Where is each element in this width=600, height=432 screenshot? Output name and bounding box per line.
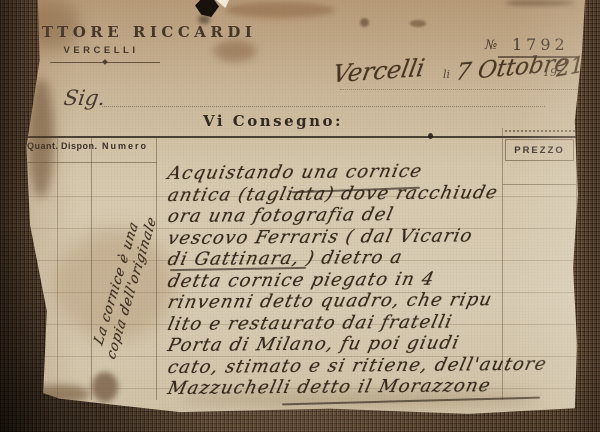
col-header-quant: Quant. bbox=[27, 141, 59, 151]
col-header-dispon: Dispon. bbox=[61, 141, 98, 151]
ink-blot bbox=[428, 133, 433, 139]
body-line: ora una fotografia del bbox=[166, 203, 572, 228]
letterhead-rule-diamond bbox=[102, 59, 108, 65]
body-line: Porta di Milano, fu poi giudi bbox=[166, 332, 572, 357]
stain bbox=[505, 0, 575, 6]
pin-shadow bbox=[198, 15, 210, 24]
doc-number-label: № bbox=[485, 38, 497, 53]
col-header-numero: Numero bbox=[102, 141, 148, 151]
prezzo-header-box: PREZZO bbox=[505, 139, 574, 161]
table-header-rule bbox=[24, 162, 157, 163]
body-line: di Gattinara, ) dietro a bbox=[166, 246, 572, 271]
sig-label: Sig. bbox=[62, 86, 107, 110]
letterhead-name: ETTORE RICCARDI bbox=[26, 23, 256, 41]
letterhead-city: VERCELLI bbox=[26, 45, 176, 56]
date-year-printed: 19 bbox=[543, 66, 557, 79]
body-line: Mazzuchelli detto il Morazzone bbox=[166, 375, 572, 400]
body-line: rinvenni detto quadro, che ripu bbox=[166, 289, 572, 314]
stain bbox=[225, 2, 335, 18]
date-place-handwritten: Vercelli bbox=[331, 54, 427, 89]
col-header-prezzo: PREZZO bbox=[514, 145, 565, 156]
column-divider bbox=[57, 137, 58, 400]
stain bbox=[360, 18, 369, 27]
sig-dotted-line bbox=[102, 106, 545, 107]
date-rule bbox=[340, 89, 578, 90]
small-print-smudge bbox=[505, 130, 575, 132]
table-top-rule bbox=[24, 136, 578, 138]
body-text: Acquistando una cornice antica (tagliata… bbox=[168, 163, 568, 400]
margin-note: La cornice è una copia dell'originale bbox=[75, 167, 176, 406]
consegno-title: Vi Consegno: bbox=[203, 112, 343, 130]
stain bbox=[214, 40, 256, 62]
date-li-label: li bbox=[443, 68, 450, 81]
photo-frame: ETTORE RICCARDI VERCELLI № 1792 Vercelli… bbox=[0, 0, 600, 432]
invoice-paper: ETTORE RICCARDI VERCELLI № 1792 Vercelli… bbox=[0, 0, 600, 432]
stain bbox=[410, 20, 426, 27]
body-line: Acquistando una cornice bbox=[166, 160, 572, 185]
